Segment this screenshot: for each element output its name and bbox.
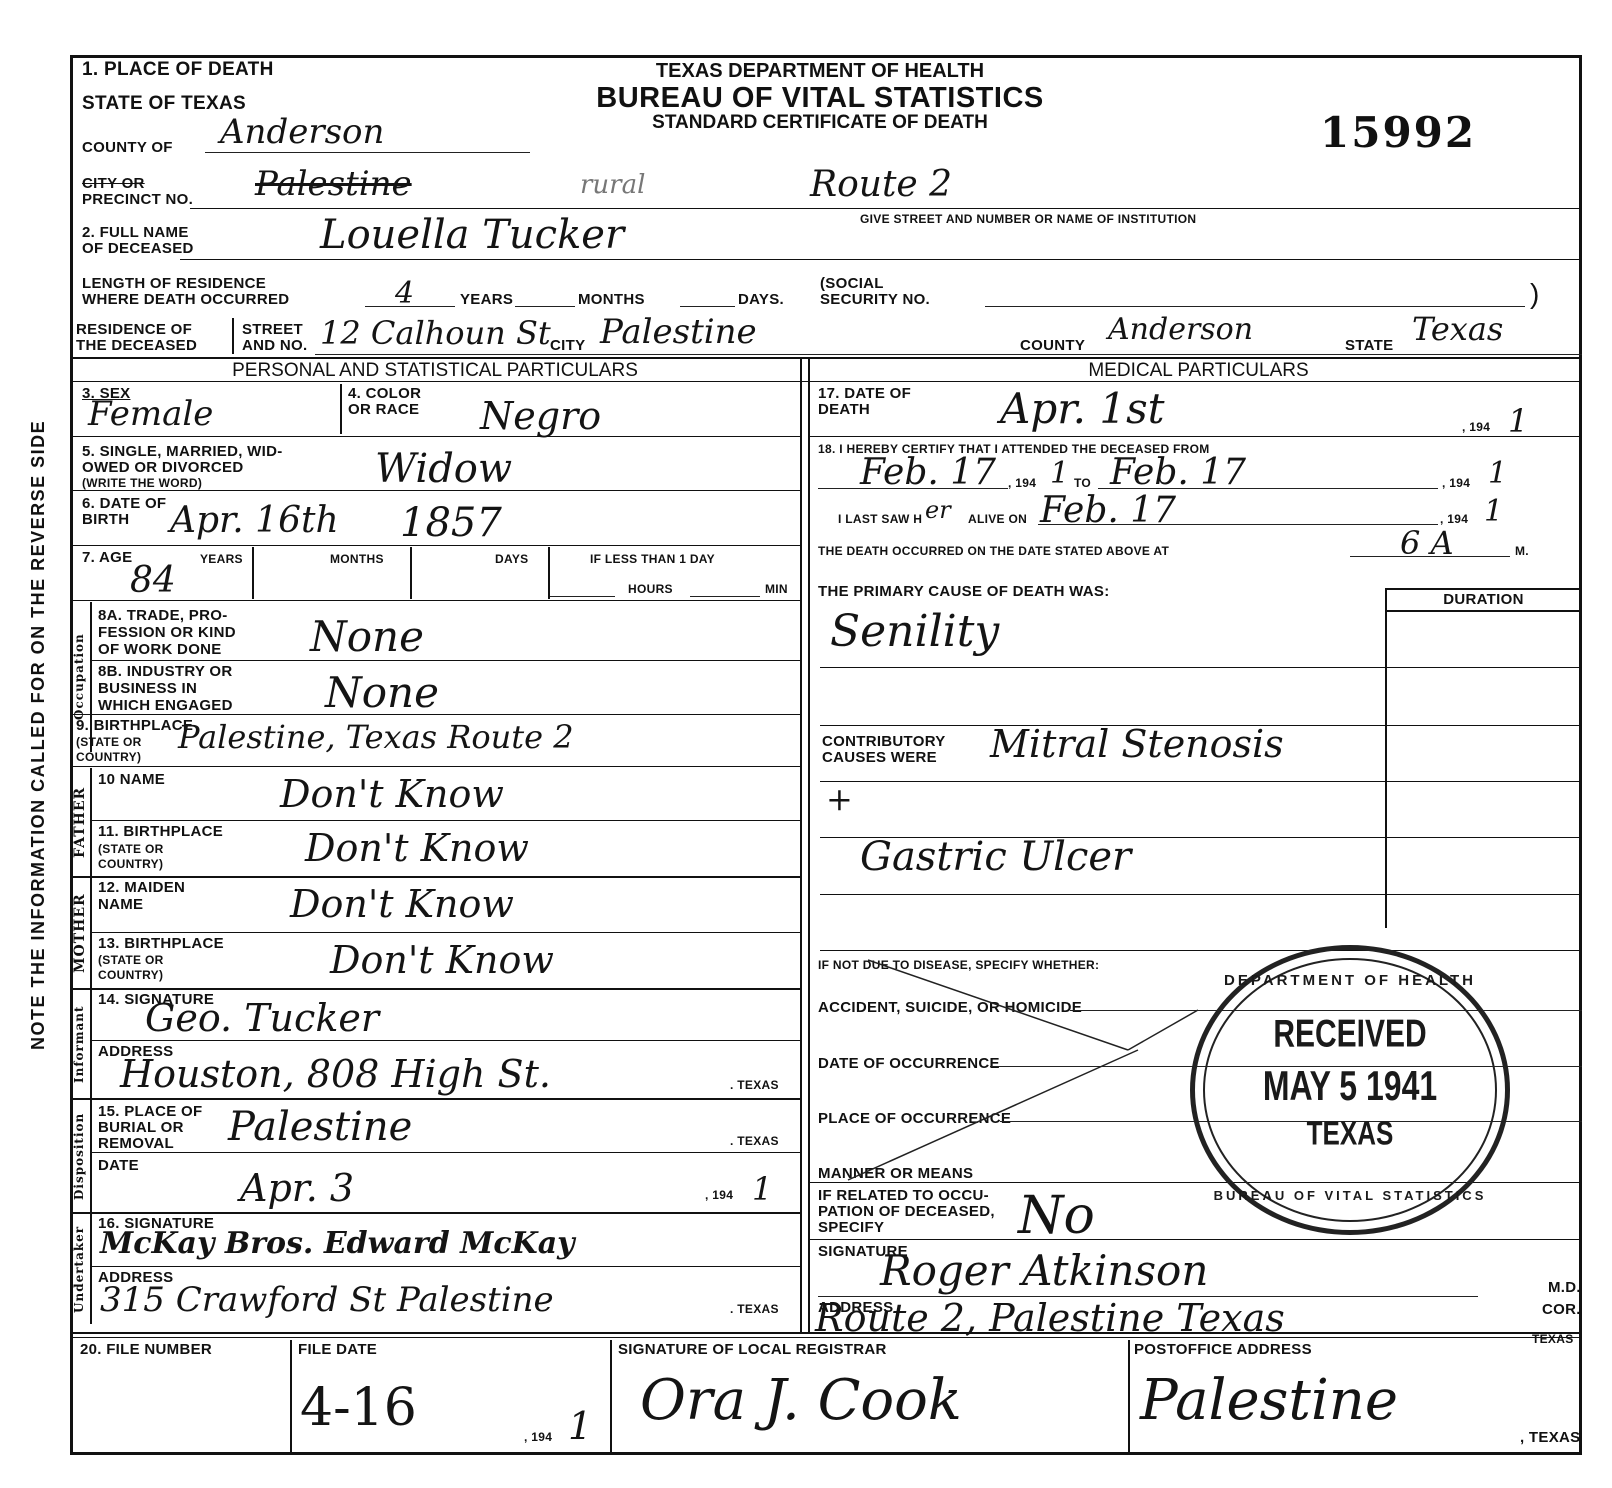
dod-value: Apr. 1st (1000, 384, 1165, 433)
disposition-side-label: Disposition (72, 1100, 86, 1212)
informant-texas-suffix: . TEXAS (730, 1078, 779, 1092)
occupation-related-label-1: IF RELATED TO OCCU- (818, 1188, 989, 1204)
father-birthplace-label-3: COUNTRY) (98, 857, 163, 871)
last-saw-label-b: ALIVE ON (968, 512, 1027, 526)
strikethrough-lines (808, 950, 1228, 1190)
marital-label-1: 5. SINGLE, MARRIED, WID- (82, 444, 283, 460)
informant-side-label: Informant (72, 990, 86, 1098)
mother-maiden-label-2: NAME (98, 897, 143, 913)
father-birthplace-label-2: (STATE OR (98, 842, 164, 856)
dod-year-suffix: 1 (1508, 402, 1528, 440)
reverse-side-note: NOTE THE INFORMATION CALLED FOR ON THE R… (28, 330, 49, 1140)
marital-label-3: (WRITE THE WORD) (82, 476, 202, 490)
attended-to-year-suffix: 1 (1488, 456, 1507, 491)
burial-texas-suffix: . TEXAS (730, 1134, 779, 1148)
burial-label-2: BURIAL OR (98, 1120, 184, 1136)
mother-birthplace-label-2: (STATE OR (98, 953, 164, 967)
trade-label-1: 8A. TRADE, PRO- (98, 608, 228, 624)
race-label-1: 4. COLOR (348, 386, 421, 402)
primary-cause-value: Senility (830, 606, 999, 657)
marital-label-2: OWED OR DIVORCED (82, 460, 243, 476)
years-label: YEARS (460, 292, 513, 308)
department-title: TEXAS DEPARTMENT OF HEALTH (540, 60, 1100, 83)
burial-date-label: DATE (98, 1158, 139, 1174)
birthplace-label-2: (STATE OR (76, 735, 142, 749)
informant-sig-value: Geo. Tucker (145, 996, 379, 1040)
postoffice-value: Palestine (1140, 1368, 1398, 1433)
res-state-label: STATE (1345, 338, 1393, 354)
attended-from-year-prefix: , 194 (1008, 476, 1036, 490)
stamp-date: MAY 5 1941 (1195, 1062, 1505, 1110)
certificate-number: 15992 (1320, 108, 1476, 157)
birthplace-label-3: COUNTRY) (76, 750, 141, 764)
age-years-value: 84 (130, 560, 176, 601)
mother-birthplace-label-1: 13. BIRTHPLACE (98, 936, 224, 952)
occupation-related-label-2: PATION OF DECEASED, (818, 1204, 995, 1220)
occupation-related-label-3: SPECIFY (818, 1220, 884, 1236)
county-label: COUNTY OF (82, 140, 173, 156)
md-label: M.D. (1548, 1280, 1581, 1296)
primary-cause-label: THE PRIMARY CAUSE OF DEATH WAS: (818, 584, 1110, 600)
mother-birthplace-label-3: COUNTRY) (98, 968, 163, 982)
to-label: TO (1074, 476, 1091, 490)
city-value-struck: Palestine (255, 164, 412, 204)
file-date-value: 4-16 (300, 1378, 417, 1438)
occupation-related-value: No (1018, 1186, 1095, 1246)
undertaker-sig-value: McKay Bros. Edward McKay (100, 1226, 575, 1261)
residence-label-2: THE DECEASED (76, 338, 197, 354)
res-county-label: COUNTY (1020, 338, 1085, 354)
birthplace-label-1: 9. BIRTHPLACE (76, 718, 193, 734)
days-label: DAYS. (738, 292, 784, 308)
file-year-suffix: 1 (568, 1404, 592, 1448)
dod-label-1: 17. DATE OF (818, 386, 911, 402)
burial-date-value: Apr. 3 (240, 1166, 354, 1210)
stamp-state: TEXAS (1195, 1113, 1505, 1153)
age-min-label: MIN (765, 582, 788, 596)
trade-label-3: OF WORK DONE (98, 642, 222, 658)
street-value: 12 Calhoun St (320, 314, 551, 352)
cor-label: COR. (1542, 1302, 1581, 1318)
full-name-label-2: OF DECEASED (82, 241, 194, 257)
attended-to: Feb. 17 (1110, 452, 1246, 493)
residence-length-label-1: LENGTH OF RESIDENCE (82, 276, 266, 292)
dob-label-2: BIRTH (82, 512, 129, 528)
industry-label-1: 8B. INDUSTRY OR (98, 664, 233, 680)
father-name-label: 10 NAME (98, 772, 165, 788)
mother-maiden-label-1: 12. MAIDEN (98, 880, 185, 896)
birthplace-value: Palestine, Texas Route 2 (178, 718, 574, 756)
attended-from: Feb. 17 (860, 452, 996, 493)
res-city-label: CITY (550, 338, 585, 354)
contributory-label-1: CONTRIBUTORY (822, 734, 946, 750)
industry-label-2: BUSINESS IN (98, 681, 197, 697)
duration-label: DURATION (1390, 592, 1577, 608)
trade-value: None (310, 612, 424, 661)
dob-label-1: 6. DATE OF (82, 496, 166, 512)
full-name-value: Louella Tucker (320, 212, 624, 258)
precinct-label: PRECINCT NO. (82, 192, 193, 208)
burial-year-suffix: 1 (752, 1170, 772, 1208)
file-number-label: 20. FILE NUMBER (80, 1342, 212, 1358)
burial-value: Palestine (228, 1104, 412, 1150)
street-hint: GIVE STREET AND NUMBER OR NAME OF INSTIT… (860, 212, 1196, 226)
registrar-value: Ora J. Cook (640, 1368, 962, 1433)
res-county-value: Anderson (1108, 312, 1253, 347)
undertaker-side-label: Undertaker (72, 1214, 86, 1324)
precinct-value: Route 2 (810, 164, 952, 205)
medical-section-title: MEDICAL PARTICULARS (815, 360, 1582, 382)
undertaker-texas-suffix: . TEXAS (730, 1302, 779, 1316)
age-months-label: MONTHS (330, 552, 384, 566)
age-lt1day-label: IF LESS THAN 1 DAY (590, 552, 715, 566)
md-signature-value: Roger Atkinson (880, 1246, 1208, 1295)
time-value: 6 A (1400, 524, 1454, 562)
bureau-title: BUREAU OF VITAL STATISTICS (500, 82, 1140, 115)
mother-maiden-value: Don't Know (290, 882, 514, 926)
place-of-death-label: 1. PLACE OF DEATH (82, 62, 274, 78)
postoffice-texas-suffix: , TEXAS (1520, 1430, 1580, 1446)
age-days-label: DAYS (495, 552, 528, 566)
ssn-label-1: (SOCIAL (820, 276, 884, 292)
father-birthplace-value: Don't Know (305, 826, 529, 870)
street-label-2: AND NO. (242, 338, 307, 354)
md-texas-suffix: TEXAS (1532, 1332, 1574, 1346)
last-saw-year-suffix: 1 (1484, 494, 1503, 529)
dod-label-2: DEATH (818, 402, 870, 418)
father-name-value: Don't Know (280, 772, 504, 816)
age-years-label: YEARS (200, 552, 243, 566)
contributory-connector: + (826, 780, 853, 818)
burial-label-3: REMOVAL (98, 1136, 174, 1152)
race-value: Negro (480, 394, 601, 438)
street-label-1: STREET (242, 322, 303, 338)
file-date-label: FILE DATE (298, 1342, 377, 1358)
file-year-prefix: , 194 (524, 1430, 552, 1444)
registrar-label: SIGNATURE OF LOCAL REGISTRAR (618, 1342, 887, 1358)
time-suffix: M. (1515, 544, 1529, 558)
last-saw-label-a: I LAST SAW H (838, 512, 922, 526)
trade-label-2: FESSION OR KIND (98, 625, 236, 641)
mother-side-label: MOTHER (72, 878, 88, 988)
form-title: STANDARD CERTIFICATE OF DEATH (540, 112, 1100, 134)
postoffice-label: POSTOFFICE ADDRESS (1134, 1342, 1312, 1358)
sex-value: Female (88, 394, 213, 434)
city-value-rural: rural (580, 170, 645, 200)
attended-to-year-prefix: , 194 (1442, 476, 1470, 490)
res-state-value: Texas (1412, 310, 1503, 348)
industry-value: None (325, 668, 439, 717)
county-value: Anderson (220, 112, 384, 152)
personal-section-title: PERSONAL AND STATISTICAL PARTICULARS (70, 360, 800, 382)
burial-label-1: 15. PLACE OF (98, 1104, 202, 1120)
received-stamp: DEPARTMENT OF HEALTH RECEIVED MAY 5 1941… (1190, 945, 1510, 1235)
residence-label-1: RESIDENCE OF (76, 322, 192, 338)
attended-from-year-suffix: 1 (1050, 456, 1069, 491)
last-saw-value: Feb. 17 (1040, 490, 1176, 531)
contributory-value-1: Mitral Stenosis (990, 722, 1284, 766)
informant-addr-value: Houston, 808 High St. (120, 1052, 551, 1096)
burial-year-prefix: , 194 (705, 1188, 733, 1202)
marital-value: Widow (375, 446, 512, 492)
full-name-label-1: 2. FULL NAME (82, 225, 189, 241)
stamp-top-arc: DEPARTMENT OF HEALTH (1195, 972, 1505, 989)
dob-year: 1857 (400, 500, 502, 546)
contributory-value-2: Gastric Ulcer (860, 834, 1131, 880)
dod-year-prefix: , 194 (1462, 420, 1490, 434)
months-label: MONTHS (578, 292, 645, 308)
time-label: THE DEATH OCCURRED ON THE DATE STATED AB… (818, 544, 1169, 558)
undertaker-addr-value: 315 Crawford St Palestine (100, 1280, 554, 1320)
mother-birthplace-value: Don't Know (330, 938, 554, 982)
father-side-label: FATHER (72, 768, 88, 876)
industry-label-3: WHICH ENGAGED (98, 698, 233, 714)
res-city-value: Palestine (600, 312, 757, 352)
state-label: STATE OF TEXAS (82, 96, 246, 112)
stamp-status: RECEIVED (1195, 1013, 1505, 1057)
contributory-label-2: CAUSES WERE (822, 750, 937, 766)
stamp-bottom-arc: BUREAU OF VITAL STATISTICS (1195, 1188, 1505, 1203)
race-label-2: OR RACE (348, 402, 419, 418)
last-saw-pronoun: er (925, 496, 951, 524)
age-label: 7. AGE (82, 550, 132, 566)
age-hours-label: HOURS (628, 582, 673, 596)
father-birthplace-label-1: 11. BIRTHPLACE (98, 824, 223, 840)
ssn-close: ) (1530, 278, 1539, 310)
residence-years-value: 4 (395, 276, 414, 311)
ssn-label-2: SECURITY NO. (820, 292, 930, 308)
residence-length-label-2: WHERE DEATH OCCURRED (82, 292, 289, 308)
city-label: CITY OR (82, 176, 145, 192)
dob-value: Apr. 16th (170, 500, 339, 541)
